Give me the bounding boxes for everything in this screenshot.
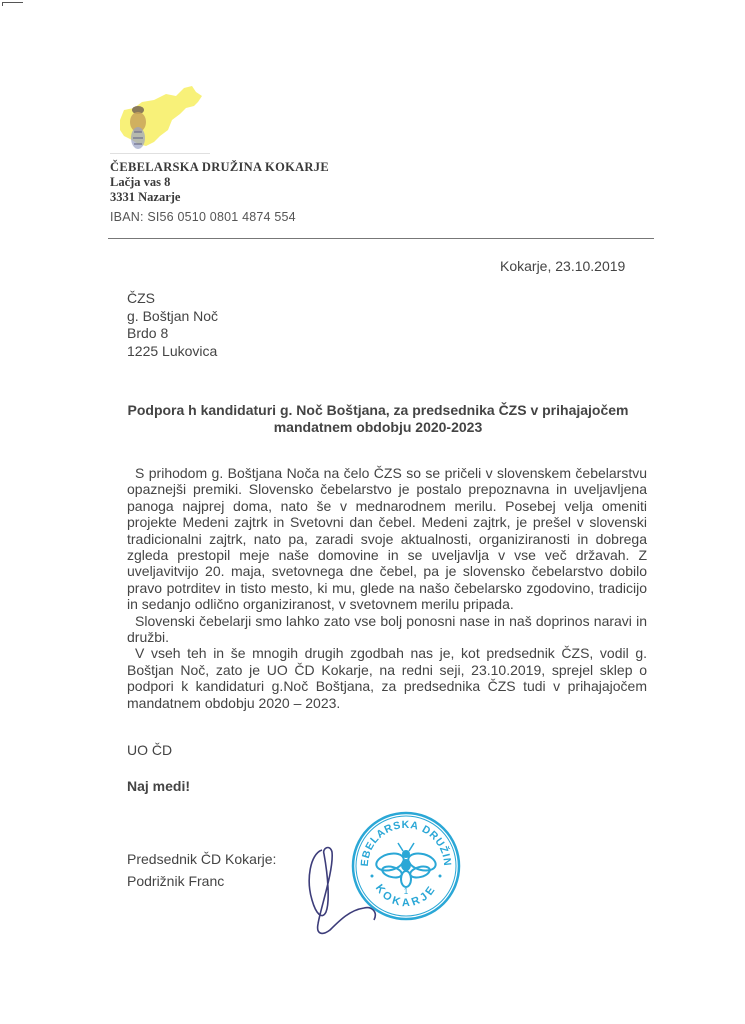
recipient-name: g. Boštjan Noč — [127, 308, 218, 326]
iban-number: IBAN: SI56 0510 0801 4874 554 — [110, 210, 296, 224]
logo-divider — [110, 153, 210, 154]
svg-text:1: 1 — [404, 887, 409, 896]
signer-name: Podrižnik Franc — [127, 870, 276, 892]
svg-text:ČEBELARSKA DRUŽINA: ČEBELARSKA DRUŽINA — [350, 810, 453, 867]
closing-salutation: Naj medi! — [127, 778, 190, 794]
organization-stamp-icon: ČEBELARSKA DRUŽINA KOKARJE 1 — [350, 810, 462, 922]
organization-name: ČEBELARSKA DRUŽINA KOKARJE — [110, 160, 329, 175]
recipient-street: Brdo 8 — [127, 325, 218, 343]
recipient-org: ČZS — [127, 290, 218, 308]
sender-address-city: 3331 Nazarje — [110, 190, 329, 205]
recipient-city: 1225 Lukovica — [127, 343, 218, 361]
letter-subject: Podpora h kandidaturi g. Noč Boštjana, z… — [110, 402, 646, 436]
sender-address-street: Lačja vas 8 — [110, 175, 329, 190]
recipient-address: ČZS g. Boštjan Noč Brdo 8 1225 Lukovica — [127, 290, 218, 360]
body-paragraph: V vseh teh in še mnogih drugih zgodbah n… — [127, 645, 647, 711]
signer-block: Predsednik ČD Kokarje: Podrižnik Franc — [127, 848, 276, 892]
signer-title: Predsednik ČD Kokarje: — [127, 848, 276, 870]
sender-letterhead: ČEBELARSKA DRUŽINA KOKARJE Lačja vas 8 3… — [110, 160, 329, 205]
body-paragraph: Slovenski čebelarji smo lahko zato vse b… — [127, 613, 647, 646]
header-divider — [108, 238, 654, 239]
letter-date: Kokarje, 23.10.2019 — [500, 258, 625, 274]
scan-corner-mark — [2, 2, 23, 6]
sender-body-label: UO ČD — [127, 742, 172, 758]
bee-on-slovenia-map-icon — [110, 80, 210, 152]
letter-body: S prihodom g. Boštjana Noča na čelo ČZS … — [127, 465, 647, 711]
body-paragraph: S prihodom g. Boštjana Noča na čelo ČZS … — [127, 465, 647, 613]
